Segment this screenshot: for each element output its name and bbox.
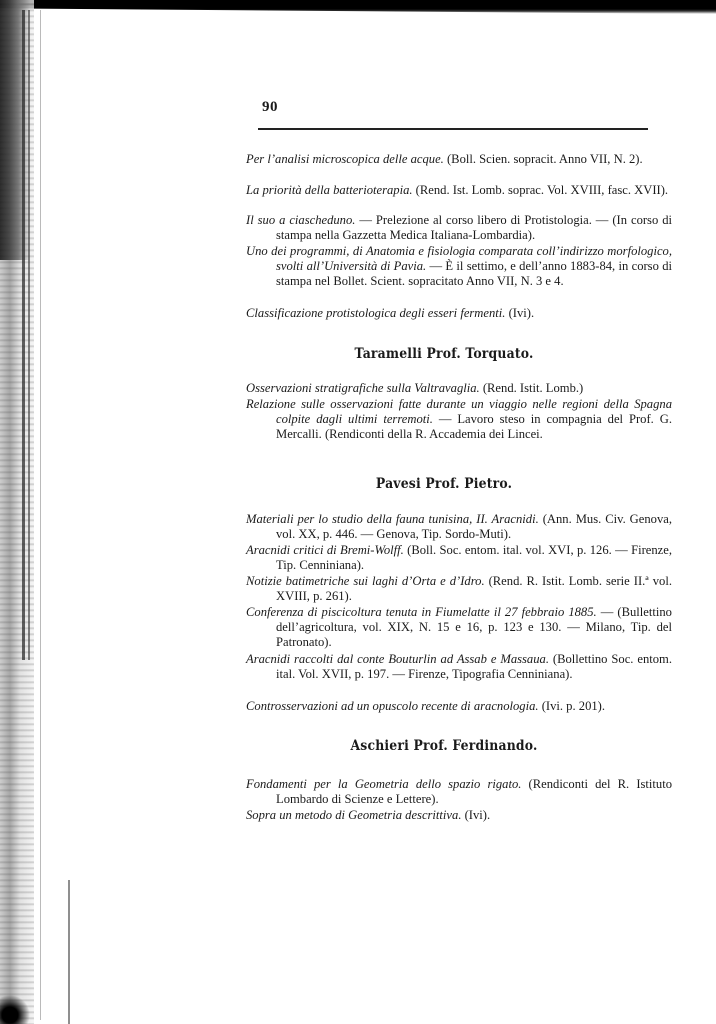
spine-line	[68, 880, 70, 1024]
bibliography-entry: Il suo a ciascheduno. — Prelezione al co…	[246, 213, 672, 243]
entry-citation: (Boll. Scien. sopracit. Anno VII, N. 2).	[444, 152, 643, 166]
entry-citation: (Rend. Ist. Lomb. soprac. Vol. XVIII, fa…	[413, 183, 669, 197]
header-rule	[258, 128, 648, 130]
book-spine-dark	[0, 0, 30, 260]
bibliography-entry: Conferenza di piscicoltura tenuta in Fiu…	[246, 605, 672, 651]
section-heading-taramelli: Taramelli Prof. Torquato.	[262, 346, 626, 362]
entry-title: Notizie batimetriche sui laghi d’Orta e …	[246, 574, 485, 588]
section-heading-pavesi: Pavesi Prof. Pietro.	[262, 476, 626, 492]
entry-title: Conferenza di piscicoltura tenuta in Fiu…	[246, 605, 597, 619]
entry-title: Sopra un metodo di Geometria descrittiva…	[246, 808, 461, 822]
bibliography-entry: Per l’analisi microscopica delle acque. …	[246, 152, 672, 167]
bibliography-entry: Fondamenti per la Geometria dello spazio…	[246, 777, 672, 807]
bibliography-entry: Notizie batimetriche sui laghi d’Orta e …	[246, 574, 672, 604]
spine-bottom-shadow	[0, 985, 40, 1024]
scan-top-edge	[0, 0, 716, 14]
bibliography-entry: Materiali per lo studio della fauna tuni…	[246, 512, 672, 542]
entry-title: Aracnidi raccolti dal conte Bouturlin ad…	[246, 652, 549, 666]
bibliography-entry: Relazione sulle osservazioni fatte duran…	[246, 397, 672, 443]
bibliography-entry: Sopra un metodo di Geometria descrittiva…	[246, 808, 672, 823]
spine-line	[40, 10, 41, 1020]
entry-title: Fondamenti per la Geometria dello spazio…	[246, 777, 521, 791]
entry-title: Materiali per lo studio della fauna tuni…	[246, 512, 539, 526]
bibliography-entry: Aracnidi critici di Bremi-Wolff. (Boll. …	[246, 543, 672, 573]
section-heading-aschieri: Aschieri Prof. Ferdinando.	[262, 738, 626, 754]
entry-title: Per l’analisi microscopica delle acque.	[246, 152, 444, 166]
spine-line	[28, 10, 30, 660]
page-number: 90	[262, 99, 278, 116]
bibliography-entry: Aracnidi raccolti dal conte Bouturlin ad…	[246, 652, 672, 682]
entry-title: La priorità della batterioterapia.	[246, 183, 413, 197]
entry-title: Osservazioni stratigrafiche sulla Valtra…	[246, 381, 480, 395]
spine-line	[22, 10, 25, 660]
entry-title: Controsservazioni ad un opuscolo recente…	[246, 699, 539, 713]
bibliography-entry: Osservazioni stratigrafiche sulla Valtra…	[246, 381, 672, 396]
entry-title: Aracnidi critici di Bremi-Wolff.	[246, 543, 404, 557]
entry-title: Classificazione protistologica degli ess…	[246, 306, 505, 320]
entry-citation: (Ivi. p. 201).	[539, 699, 605, 713]
bibliography-entry: Classificazione protistologica degli ess…	[246, 306, 672, 321]
bibliography-entry: Uno dei programmi, di Anatomia e fisiolo…	[246, 244, 672, 290]
bibliography-entry: Controsservazioni ad un opuscolo recente…	[246, 699, 672, 714]
bibliography-entry: La priorità della batterioterapia. (Rend…	[246, 183, 672, 198]
entry-title: Il suo a ciascheduno.	[246, 213, 355, 227]
entry-citation: (Ivi).	[505, 306, 534, 320]
entry-citation: (Ivi).	[461, 808, 490, 822]
entry-citation: (Rend. Istit. Lomb.)	[480, 381, 584, 395]
